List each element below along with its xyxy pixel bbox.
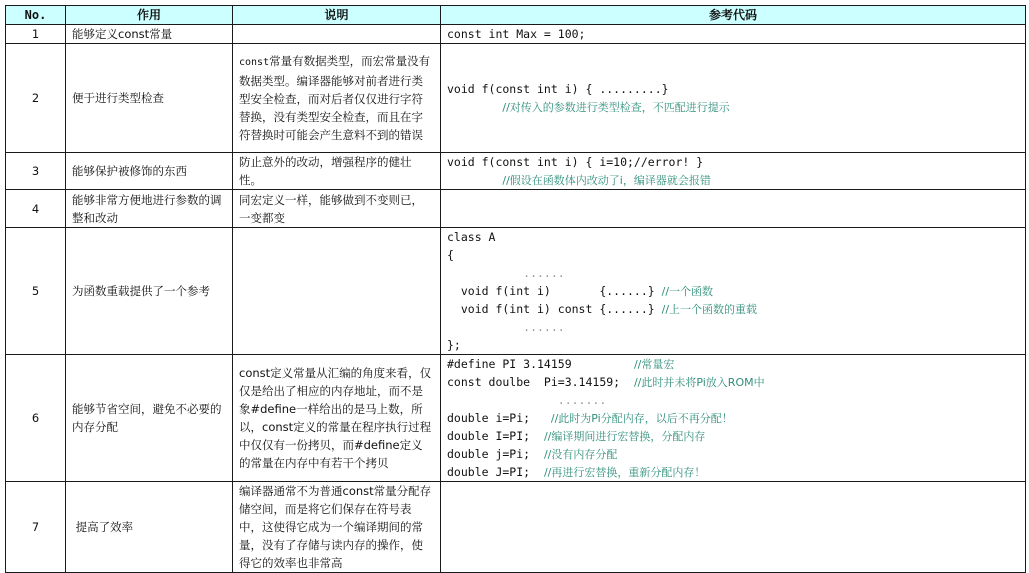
code-text: double J=PI; [447,465,544,479]
code-line: { [447,246,1019,264]
code-line: class A [447,228,1019,246]
description-cell: const定义常量从汇编的角度来看，仅仅是给出了相应的内存地址，而不是象#def… [233,355,441,482]
desc-keyword: const [239,57,269,68]
code-line: const doulbe Pi=3.14159; //此时并未将Pi放入ROM中 [447,373,1019,391]
row-number: 4 [6,190,66,228]
code-line: double J=PI; //再进行宏替换，重新分配内存！ [447,463,1019,481]
description-cell: const常量有数据类型，而宏常量没有数据类型。编译器能够对前者进行类型安全检查… [233,44,441,153]
purpose-cell: 能够非常方便地进行参数的调整和改动 [66,190,233,228]
row-number: 6 [6,355,66,482]
code-text: class A [447,230,495,244]
code-text: void f(int i) const {......} [447,302,662,316]
code-line: void f(const int i) { .........} [447,80,1019,98]
code-comment: //常量宏 [634,358,674,371]
description-cell: 编译器通常不为普通const常量分配存储空间，而是将它们保存在符号表中，这使得它… [233,482,441,573]
table-row: 6 能够节省空间，避免不必要的内存分配 const定义常量从汇编的角度来看，仅仅… [6,355,1026,482]
code-text: double I=PI; [447,429,544,443]
code-line: //对传入的参数进行类型检查，不匹配进行提示 [447,98,1019,116]
code-line: void f(const int i) { i=10;//error! } [447,153,1019,171]
purpose-cell: 便于进行类型检查 [66,44,233,153]
code-line: ....... [447,391,1019,409]
row-number: 3 [6,153,66,190]
code-text [447,100,502,114]
table-row: 7 提高了效率 编译器通常不为普通const常量分配存储空间，而是将它们保存在符… [6,482,1026,573]
code-text: double j=Pi; [447,447,544,461]
code-text: { [447,248,454,262]
code-comment: //一个函数 [662,285,713,298]
table-row: 4 能够非常方便地进行参数的调整和改动 同宏定义一样，能够做到不变则已，一变都变 [6,190,1026,228]
header-code: 参考代码 [441,6,1026,25]
code-text: const doulbe Pi=3.14159; [447,375,634,389]
code-text: const int Max = 100; [447,27,585,41]
code-line: //假设在函数体内改动了i，编译器就会报错 [447,171,1019,189]
const-usage-table: No. 作用 说明 参考代码 1 能够定义const常量 const int M… [5,5,1026,573]
purpose-cell: 提高了效率 [66,482,233,573]
code-cell [441,190,1026,228]
code-comment: //没有内存分配 [544,448,617,461]
row-number: 1 [6,25,66,44]
code-text [447,173,502,187]
code-line: ...... [447,318,1019,336]
code-comment: //编译期间进行宏替换，分配内存 [544,430,705,443]
code-line: }; [447,336,1019,354]
description-cell [233,25,441,44]
table-row: 3 能够保护被修饰的东西 防止意外的改动，增强程序的健壮性。 void f(co… [6,153,1026,190]
code-text: ...... [447,266,565,280]
code-comment: //此时为Pi分配内存，以后不再分配！ [551,412,733,425]
table-row: 5 为函数重载提供了一个参考 class A { ...... void f(i… [6,228,1026,355]
code-line: double I=PI; //编译期间进行宏替换，分配内存 [447,427,1019,445]
table-row: 1 能够定义const常量 const int Max = 100; [6,25,1026,44]
code-cell: class A { ...... void f(int i) {......} … [441,228,1026,355]
code-text: void f(const int i) { .........} [447,82,669,96]
code-comment: //再进行宏替换，重新分配内存！ [544,466,705,479]
row-number: 2 [6,44,66,153]
code-line: const int Max = 100; [447,25,1019,43]
code-text: #define PI 3.14159 [447,357,634,371]
purpose-cell: 能够节省空间，避免不必要的内存分配 [66,355,233,482]
code-comment: //此时并未将Pi放入ROM中 [634,376,765,389]
code-text: ....... [447,393,606,407]
code-line: #define PI 3.14159 //常量宏 [447,355,1019,373]
table-row: 2 便于进行类型检查 const常量有数据类型，而宏常量没有数据类型。编译器能够… [6,44,1026,153]
code-comment: //对传入的参数进行类型检查，不匹配进行提示 [502,101,729,114]
description-cell: 同宏定义一样，能够做到不变则已，一变都变 [233,190,441,228]
code-text: ...... [447,320,565,334]
code-line: ...... [447,264,1019,282]
header-purpose: 作用 [66,6,233,25]
code-cell [441,482,1026,573]
code-text: void f(const int i) { i=10;//error! } [447,155,703,169]
code-line: double i=Pi; //此时为Pi分配内存，以后不再分配！ [447,409,1019,427]
header-description: 说明 [233,6,441,25]
code-line: void f(int i) const {......} //上一个函数的重载 [447,300,1019,318]
purpose-cell: 能够保护被修饰的东西 [66,153,233,190]
purpose-cell: 为函数重载提供了一个参考 [66,228,233,355]
code-line: double j=Pi; //没有内存分配 [447,445,1019,463]
code-text: void f(int i) {......} [447,284,662,298]
code-cell: #define PI 3.14159 //常量宏 const doulbe Pi… [441,355,1026,482]
header-row: No. 作用 说明 参考代码 [6,6,1026,25]
code-text: double i=Pi; [447,411,551,425]
code-cell: const int Max = 100; [441,25,1026,44]
code-line: void f(int i) {......} //一个函数 [447,282,1019,300]
row-number: 7 [6,482,66,573]
description-cell: 防止意外的改动，增强程序的健壮性。 [233,153,441,190]
code-cell: void f(const int i) { .........} //对传入的参… [441,44,1026,153]
code-text: }; [447,338,461,352]
code-comment: //假设在函数体内改动了i，编译器就会报错 [502,174,710,187]
purpose-cell: 能够定义const常量 [66,25,233,44]
header-no: No. [6,6,66,25]
code-comment: //上一个函数的重载 [662,303,757,316]
description-cell [233,228,441,355]
row-number: 5 [6,228,66,355]
code-cell: void f(const int i) { i=10;//error! } //… [441,153,1026,190]
